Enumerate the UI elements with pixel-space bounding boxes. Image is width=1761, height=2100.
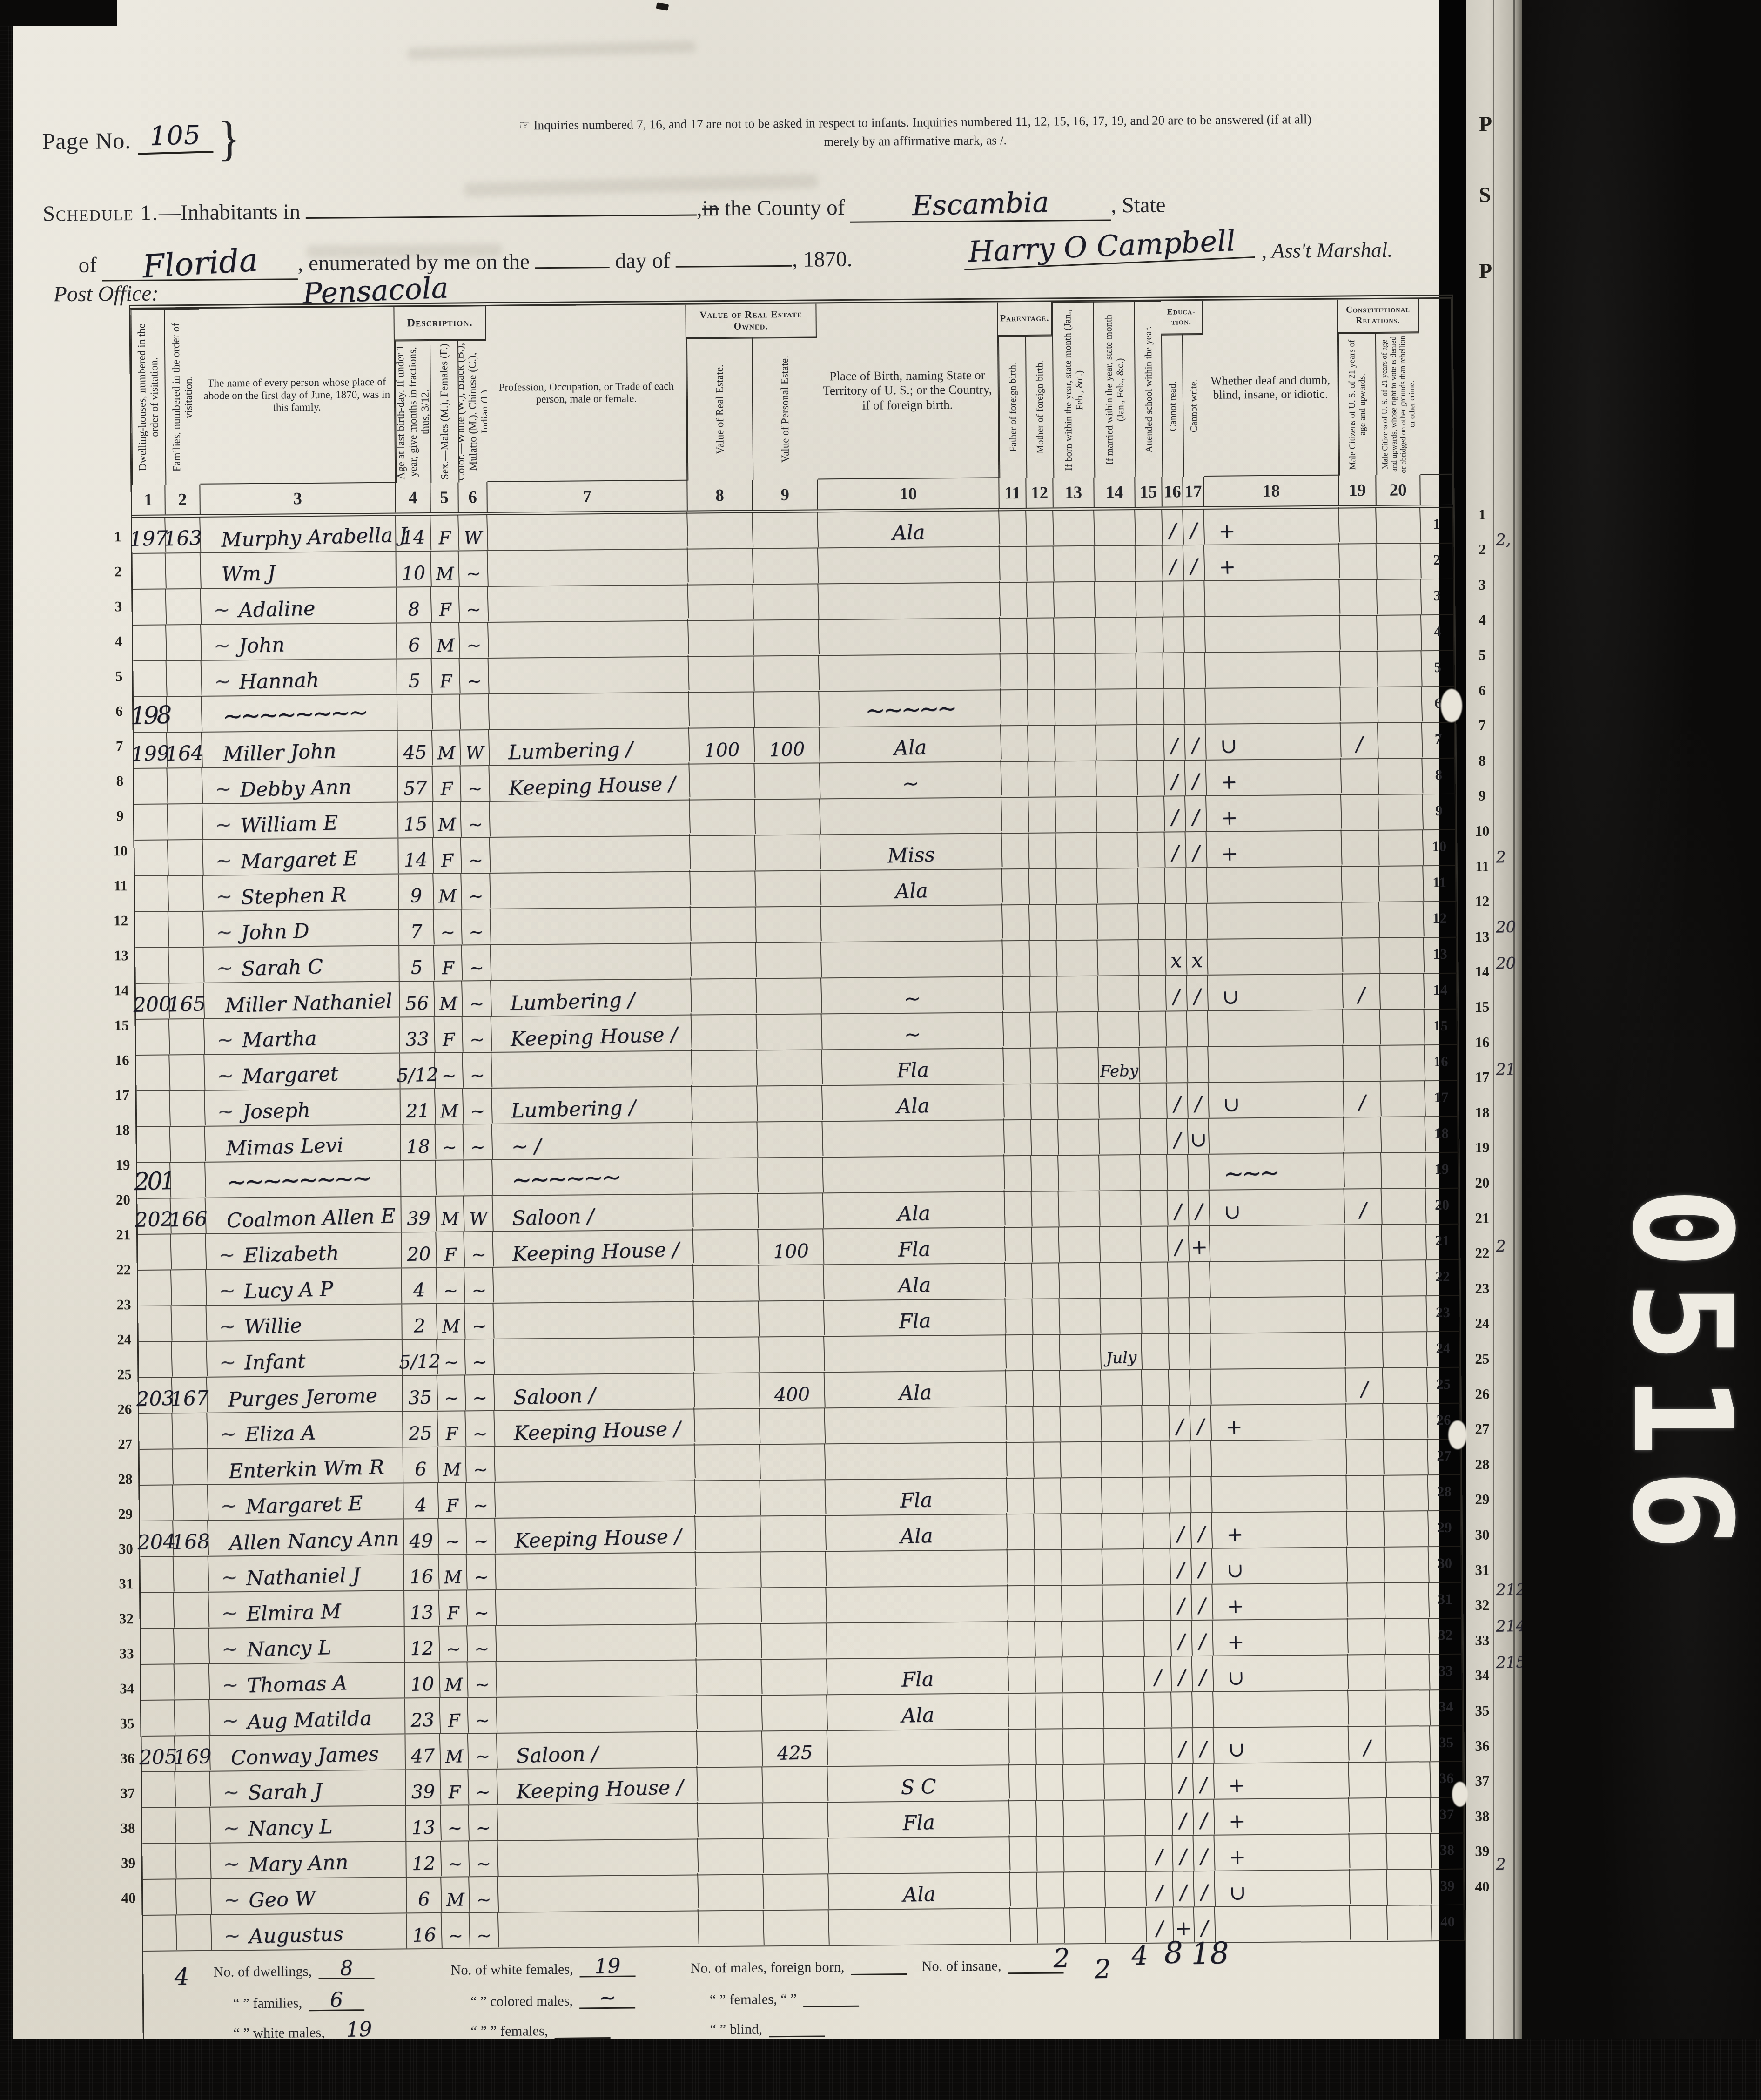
cell-born-month bbox=[1060, 1406, 1102, 1442]
cell-right-row-number: 5 bbox=[1422, 651, 1455, 687]
cell-vote-denied bbox=[1383, 1367, 1428, 1404]
footer-item-value: 19 bbox=[346, 2020, 372, 2039]
cell-born-month bbox=[1062, 1585, 1103, 1622]
col-header-cannot-read: Cannot read. bbox=[1161, 334, 1183, 477]
sliver-row-number: 2 bbox=[1469, 532, 1496, 567]
cell-birthplace: Ala bbox=[823, 1190, 1006, 1230]
cell-married-month bbox=[1103, 1656, 1145, 1693]
bleedthrough-smudge bbox=[407, 40, 696, 60]
cell-right-row-number: 13 bbox=[1424, 938, 1457, 973]
cell-birthplace bbox=[828, 1835, 1011, 1875]
cell-age: 21 bbox=[400, 1089, 436, 1124]
cell-color: ~ bbox=[463, 1088, 493, 1124]
cell-color: ~ bbox=[467, 1590, 497, 1626]
left-row-number: 2 bbox=[108, 554, 129, 589]
cell-personal-estate-value bbox=[758, 1157, 824, 1194]
cell-cannot-read: ∕ bbox=[1164, 761, 1186, 796]
left-row-number: 4 bbox=[108, 624, 130, 659]
cell-dwelling-number bbox=[140, 1557, 175, 1593]
footer-item-label: “ ” colored males, bbox=[470, 1993, 573, 2010]
cell-right-row-number: 9 bbox=[1423, 794, 1456, 830]
cell-sex: F bbox=[433, 838, 462, 874]
footer-item-label: “ ” families, bbox=[233, 1995, 302, 2012]
cell-mother-foreign bbox=[1032, 1299, 1060, 1335]
ditto-mark: ~ bbox=[218, 1243, 235, 1267]
column-number: 1 bbox=[132, 485, 166, 515]
cell-father-foreign bbox=[1008, 1622, 1036, 1657]
left-row-number: 20 bbox=[112, 1182, 134, 1217]
person-name: Debby Ann bbox=[240, 775, 352, 802]
cell-dwelling-number: 205 bbox=[141, 1736, 176, 1772]
cell-cannot-write: ∕ bbox=[1191, 1584, 1213, 1620]
cell-family-number: 166 bbox=[171, 1198, 207, 1234]
cell-cannot-read: ∕ bbox=[1172, 1836, 1194, 1871]
cell-mother-foreign bbox=[1033, 1371, 1061, 1407]
left-row-number: 14 bbox=[111, 973, 133, 1008]
cell-sex: F bbox=[434, 945, 463, 981]
cell-color: ~ bbox=[469, 1877, 499, 1912]
schedule-mid-struck: in bbox=[702, 196, 719, 221]
cell-born-month bbox=[1064, 1872, 1106, 1908]
schedule-mid-comma: , bbox=[697, 196, 702, 221]
footer-item: “ ” females, “ ” bbox=[710, 1985, 859, 2008]
cell-color: ~ bbox=[465, 1411, 495, 1447]
cell-cannot-read bbox=[1163, 689, 1185, 724]
cell-attended-school bbox=[1143, 1549, 1171, 1585]
cell-color: ~ bbox=[460, 658, 490, 694]
cell-male-citizen bbox=[1346, 1404, 1384, 1440]
cell-mother-foreign bbox=[1036, 1729, 1064, 1765]
person-name: Nancy L bbox=[246, 1636, 331, 1662]
footer-item: “ ” colored males,~ bbox=[470, 1987, 636, 2010]
cell-name: ~ Augustus bbox=[212, 1913, 408, 1950]
cell-birthplace bbox=[826, 1548, 1008, 1588]
left-row-number: 1 bbox=[107, 519, 129, 554]
cell-right-row-number: 2 bbox=[1421, 544, 1454, 579]
cell-deaf-dumb bbox=[1205, 615, 1341, 653]
cell-real-estate-value bbox=[694, 1373, 760, 1409]
cell-born-month bbox=[1060, 1334, 1102, 1371]
sliver-row-number: 9 bbox=[1469, 779, 1496, 814]
cell-mother-foreign bbox=[1037, 1872, 1065, 1908]
person-name: Mimas Levi bbox=[226, 1134, 343, 1160]
left-row-number: 21 bbox=[113, 1217, 134, 1252]
cell-vote-denied bbox=[1386, 1762, 1431, 1798]
cell-father-foreign bbox=[1004, 1084, 1032, 1120]
person-name: Adaline bbox=[238, 597, 316, 622]
cell-vote-denied bbox=[1382, 1296, 1427, 1332]
person-name: Allen Nancy Ann bbox=[229, 1527, 399, 1555]
cell-birthplace: Fla bbox=[824, 1298, 1006, 1338]
ditto-mark: ~ bbox=[215, 813, 232, 837]
cell-birthplace: Miss bbox=[820, 832, 1003, 872]
col-header-deaf-dumb: Whether deaf and dumb, blind, insane, or… bbox=[1203, 300, 1339, 477]
cell-married-month bbox=[1099, 1155, 1141, 1191]
footer-item-value: 6 bbox=[330, 1991, 343, 2010]
cell-dwelling-number bbox=[141, 1629, 175, 1664]
left-row-number: 30 bbox=[115, 1531, 137, 1566]
sliver-row-number: 3 bbox=[1469, 567, 1496, 602]
cell-cannot-write: ∕ bbox=[1185, 760, 1207, 795]
cell-attended-school bbox=[1143, 1477, 1170, 1513]
left-row-number: 15 bbox=[111, 1008, 133, 1043]
sliver-row-number: 14 bbox=[1469, 955, 1496, 989]
person-name: Purges Jerome bbox=[228, 1384, 378, 1412]
cell-occupation bbox=[494, 1300, 695, 1340]
cell-age: 33 bbox=[400, 1017, 436, 1053]
cell-born-month bbox=[1059, 1191, 1101, 1227]
cell-father-foreign bbox=[1006, 1335, 1034, 1371]
cell-birthplace: Ala bbox=[828, 1871, 1011, 1911]
cell-cannot-read: ∕ bbox=[1170, 1549, 1192, 1584]
binder-knot bbox=[1452, 1782, 1468, 1807]
cell-right-row-number: 4 bbox=[1422, 615, 1455, 651]
column-number: 18 bbox=[1204, 476, 1339, 506]
cell-name: ~~~~~~~~ bbox=[206, 1161, 402, 1198]
column-number: 16 bbox=[1162, 477, 1183, 506]
cell-birthplace bbox=[825, 1441, 1008, 1481]
cell-occupation: Lumbering ∕ bbox=[491, 977, 692, 1018]
cell-real-estate-value bbox=[692, 1086, 758, 1123]
sliver-handwriting-fragment: 214 bbox=[1496, 1616, 1522, 1636]
cell-married-month bbox=[1096, 689, 1137, 725]
cell-cannot-read: ∕ bbox=[1171, 1656, 1193, 1692]
cell-age: 45 bbox=[397, 730, 433, 766]
cell-right-row-number: 32 bbox=[1430, 1619, 1463, 1654]
cell-personal-estate-value bbox=[756, 942, 822, 979]
cell-family-number bbox=[174, 1556, 209, 1592]
cell-family-number bbox=[168, 804, 203, 840]
cell-mother-foreign bbox=[1029, 941, 1057, 976]
person-name: Miller John bbox=[222, 740, 336, 766]
cell-cannot-write: ∪ bbox=[1188, 1118, 1210, 1154]
cell-vote-denied bbox=[1382, 1188, 1427, 1225]
cell-vote-denied bbox=[1377, 615, 1422, 651]
cell-male-citizen bbox=[1350, 1905, 1388, 1941]
cell-cannot-read: ∕ bbox=[1172, 1764, 1194, 1799]
sliver-row-number: 19 bbox=[1469, 1131, 1496, 1165]
cell-birthplace: Ala bbox=[824, 1262, 1006, 1302]
cell-color: ~ bbox=[463, 1052, 492, 1088]
sliver-row-number: 26 bbox=[1469, 1377, 1496, 1412]
cell-male-citizen bbox=[1342, 830, 1380, 866]
cell-married-month bbox=[1105, 1871, 1147, 1908]
cell-family-number bbox=[168, 911, 204, 947]
cell-dwelling-number bbox=[136, 1127, 171, 1163]
cell-name: ~ William E bbox=[203, 803, 399, 839]
cell-family-number bbox=[176, 1915, 212, 1951]
cell-born-month bbox=[1062, 1657, 1104, 1693]
person-name: Thomas A bbox=[247, 1671, 348, 1697]
cell-occupation bbox=[493, 1264, 694, 1305]
sliver-cut-letter: P bbox=[1479, 112, 1492, 136]
cell-birthplace bbox=[818, 545, 1001, 585]
sliver-row-number: 13 bbox=[1469, 919, 1496, 954]
cell-name: ~ Mary Ann bbox=[211, 1842, 407, 1878]
cell-father-foreign bbox=[1001, 726, 1029, 761]
person-name: Margaret E bbox=[245, 1492, 363, 1519]
cell-name: ~ Eliza A bbox=[208, 1412, 403, 1448]
ditto-mark: ~ bbox=[223, 1888, 241, 1912]
cell-deaf-dumb: ∪ bbox=[1215, 1869, 1351, 1908]
schedule-mid-rest: the County of bbox=[719, 195, 845, 221]
person-name: Joseph bbox=[242, 1099, 310, 1124]
col-header-married-month: If married within the year, state month … bbox=[1093, 301, 1135, 478]
cell-sex: F bbox=[438, 1483, 467, 1519]
cell-born-month bbox=[1053, 510, 1095, 546]
cell-color: W bbox=[464, 1196, 494, 1232]
cell-vote-denied bbox=[1378, 758, 1423, 794]
cell-male-citizen bbox=[1339, 544, 1378, 579]
cell-male-citizen bbox=[1346, 1475, 1385, 1511]
cell-real-estate-value bbox=[695, 1444, 761, 1481]
cell-birthplace: Ala bbox=[827, 1692, 1009, 1732]
footer-item-value: 8 bbox=[340, 1959, 353, 1978]
ditto-mark: ~ bbox=[222, 1817, 240, 1840]
cell-age: 10 bbox=[404, 1662, 440, 1698]
cell-attended-school bbox=[1143, 1585, 1171, 1621]
cell-occupation: Lumbering ∕ bbox=[492, 1085, 693, 1125]
cell-dwelling-number bbox=[139, 1413, 173, 1449]
cell-occupation bbox=[497, 1802, 699, 1842]
left-row-number: 22 bbox=[113, 1252, 134, 1287]
column-number: 3 bbox=[200, 483, 396, 514]
cell-married-month bbox=[1102, 1585, 1144, 1621]
cell-dwelling-number bbox=[141, 1700, 175, 1736]
person-name: Nathaniel J bbox=[246, 1564, 361, 1590]
column-number: 12 bbox=[1026, 478, 1054, 507]
cell-right-row-number: 1 bbox=[1421, 508, 1454, 543]
cell-cannot-write bbox=[1192, 1692, 1214, 1727]
cell-color: ~ bbox=[465, 1339, 495, 1375]
cell-attended-school bbox=[1137, 796, 1165, 832]
cell-birthplace bbox=[820, 796, 1002, 836]
cell-vote-denied bbox=[1386, 1797, 1432, 1834]
cell-color: W bbox=[458, 515, 488, 551]
col-header-male-citizens: Male Citizens of U. S. of 21 years of ag… bbox=[1338, 333, 1376, 476]
cell-cannot-write: ∕ bbox=[1187, 975, 1209, 1010]
ditto-mark: ~ bbox=[215, 885, 233, 909]
cell-vote-denied bbox=[1385, 1618, 1430, 1655]
cell-right-row-number: 21 bbox=[1426, 1225, 1459, 1260]
cell-married-month bbox=[1097, 832, 1139, 868]
cell-deaf-dumb bbox=[1204, 579, 1340, 618]
cell-birthplace: Fla bbox=[823, 1226, 1006, 1266]
cell-age: 23 bbox=[405, 1698, 441, 1734]
ditto-mark: ~ bbox=[217, 1064, 234, 1088]
cell-deaf-dumb bbox=[1211, 1475, 1347, 1514]
cell-vote-denied bbox=[1379, 937, 1425, 974]
column-number: 7 bbox=[487, 481, 687, 512]
cell-age: 57 bbox=[397, 766, 433, 802]
cell-occupation bbox=[496, 1622, 697, 1663]
cell-dwelling-number bbox=[142, 1808, 176, 1844]
sliver-handwriting-fragment: 212 bbox=[1496, 1580, 1522, 1599]
column-number: 13 bbox=[1053, 478, 1094, 508]
cell-attended-school bbox=[1144, 1621, 1172, 1656]
cell-right-row-number: 15 bbox=[1425, 1010, 1458, 1045]
cell-age: 47 bbox=[405, 1734, 441, 1770]
cell-attended-school bbox=[1140, 1083, 1168, 1119]
footer-item-value-blank bbox=[851, 1953, 907, 1975]
sliver-row-number: 10 bbox=[1469, 814, 1496, 848]
cell-right-row-number: 8 bbox=[1423, 759, 1456, 794]
cell-personal-estate-value bbox=[760, 1444, 826, 1481]
cell-personal-estate-value bbox=[761, 1623, 827, 1660]
cell-male-citizen bbox=[1344, 1117, 1382, 1153]
cell-attended-school bbox=[1137, 761, 1165, 796]
left-row-number: 18 bbox=[112, 1112, 134, 1147]
cell-married-month bbox=[1095, 617, 1137, 653]
cell-occupation: Saloon ∕ bbox=[497, 1730, 698, 1770]
cell-deaf-dumb bbox=[1207, 902, 1343, 940]
cell-dwelling-number bbox=[134, 804, 168, 840]
cell-attended-school bbox=[1141, 1298, 1169, 1334]
cell-personal-estate-value bbox=[762, 1695, 828, 1731]
cell-cannot-read bbox=[1170, 1477, 1191, 1513]
page-number-block: Page No. 105 } bbox=[42, 114, 242, 155]
cell-real-estate-value bbox=[696, 1659, 762, 1696]
cell-vote-denied bbox=[1387, 1905, 1432, 1941]
sliver-row-number: 40 bbox=[1469, 1869, 1496, 1904]
cell-birthplace: Ala bbox=[825, 1369, 1007, 1409]
cell-sex: ~ bbox=[439, 1626, 468, 1662]
county-blank: Escambia bbox=[850, 187, 1111, 222]
ditto-mark: ~ bbox=[221, 1602, 238, 1625]
left-row-number: 29 bbox=[114, 1496, 136, 1531]
cell-family-number bbox=[169, 1055, 205, 1090]
cell-cannot-read bbox=[1165, 868, 1187, 903]
column-number: 4 bbox=[396, 483, 431, 513]
cell-cannot-write: ∕ bbox=[1186, 832, 1208, 867]
cell-born-month bbox=[1056, 940, 1098, 976]
ditto-mark: ~ bbox=[220, 1494, 237, 1518]
cell-attended-school bbox=[1142, 1406, 1170, 1441]
microfilm-frame-number: 0516 bbox=[1612, 1128, 1752, 1622]
cell-male-citizen bbox=[1348, 1655, 1386, 1690]
cell-real-estate-value bbox=[693, 1193, 759, 1230]
cell-attended-school: ∕ bbox=[1145, 1836, 1173, 1871]
schedule-line: Schedule 1.—Inhabitants in ,in the Count… bbox=[42, 187, 1165, 229]
cell-personal-estate-value bbox=[761, 1551, 827, 1588]
cell-vote-denied bbox=[1378, 687, 1423, 723]
column-number: 20 bbox=[1376, 475, 1420, 505]
cell-dwelling-number bbox=[136, 1091, 171, 1127]
cell-right-row-number: 39 bbox=[1432, 1870, 1465, 1905]
cell-male-citizen bbox=[1340, 651, 1378, 687]
cell-name: ~ Lucy A P bbox=[207, 1269, 403, 1305]
sliver-row-number: 22 bbox=[1469, 1236, 1496, 1271]
person-name: Nancy L bbox=[248, 1815, 333, 1841]
cell-sex: ~ bbox=[435, 1053, 464, 1089]
cell-cannot-read: ∕ bbox=[1162, 510, 1184, 545]
cell-cannot-read bbox=[1163, 617, 1185, 653]
cell-cannot-read: ∕ bbox=[1172, 1800, 1194, 1835]
cell-personal-estate-value bbox=[755, 835, 821, 871]
cell-deaf-dumb: + bbox=[1214, 1797, 1350, 1836]
cell-sex: M bbox=[439, 1555, 468, 1590]
cell-age: 10 bbox=[396, 551, 432, 587]
cell-father-foreign bbox=[1006, 1371, 1034, 1407]
cell-personal-estate-value bbox=[755, 799, 821, 835]
cell-family-number bbox=[170, 1090, 206, 1126]
cell-occupation: Keeping House ∕ bbox=[493, 1228, 694, 1269]
cell-mother-foreign bbox=[1035, 1550, 1062, 1586]
cell-real-estate-value bbox=[689, 656, 755, 693]
cell-cannot-write bbox=[1189, 1298, 1211, 1333]
footer-item: “ ” ” females, bbox=[470, 2017, 610, 2039]
cell-personal-estate-value bbox=[759, 1336, 825, 1373]
cell-cannot-read: ∕ bbox=[1170, 1513, 1192, 1548]
month-blank bbox=[676, 261, 792, 268]
cell-name: Mimas Levi bbox=[205, 1125, 401, 1162]
cell-name: ~ Elmira M bbox=[209, 1591, 405, 1627]
cell-married-month bbox=[1094, 510, 1136, 546]
left-row-number: 16 bbox=[111, 1043, 133, 1077]
ditto-mark: ~ bbox=[222, 1781, 240, 1804]
cell-attended-school bbox=[1145, 1764, 1173, 1800]
cell-real-estate-value bbox=[697, 1731, 763, 1768]
cell-vote-denied bbox=[1379, 866, 1424, 902]
cell-name: ~ Hannah bbox=[202, 660, 397, 696]
cell-right-row-number: 34 bbox=[1430, 1690, 1463, 1726]
cell-real-estate-value bbox=[697, 1767, 763, 1804]
cell-right-row-number: 22 bbox=[1427, 1260, 1460, 1296]
cell-cannot-read: ∕ bbox=[1170, 1585, 1192, 1620]
cell-age: 5 bbox=[399, 945, 435, 981]
cell-occupation: ~ ∕ bbox=[492, 1121, 693, 1161]
cell-sex: ~ bbox=[434, 909, 463, 945]
cell-real-estate-value bbox=[691, 907, 757, 943]
cell-right-row-number: 38 bbox=[1431, 1834, 1464, 1869]
ditto-mark: ~ bbox=[214, 670, 231, 693]
cell-family-number bbox=[175, 1771, 211, 1807]
sliver-row-number: 31 bbox=[1469, 1553, 1496, 1588]
footer-item: No. of males, foreign born, bbox=[690, 1953, 907, 1977]
cell-right-row-number: 35 bbox=[1430, 1726, 1463, 1762]
cell-personal-estate-value bbox=[763, 1874, 829, 1911]
cell-personal-estate-value bbox=[753, 584, 819, 620]
cell-deaf-dumb: + bbox=[1206, 758, 1342, 797]
sliver-row-number: 1 bbox=[1469, 497, 1496, 532]
cell-cannot-read: ∕ bbox=[1167, 1119, 1189, 1154]
column-number: 5 bbox=[430, 482, 459, 512]
cell-vote-denied bbox=[1377, 579, 1422, 615]
person-name: Sarah C bbox=[241, 955, 323, 981]
left-row-number: 3 bbox=[108, 589, 129, 624]
cell-born-month bbox=[1063, 1729, 1105, 1765]
cell-born-month bbox=[1056, 904, 1098, 941]
ditto-mark: ~ bbox=[220, 1422, 237, 1446]
cell-personal-estate-value bbox=[759, 1300, 825, 1337]
cell-married-month bbox=[1095, 581, 1136, 618]
cell-name: Miller John bbox=[202, 731, 398, 767]
cell-cannot-write bbox=[1183, 581, 1205, 616]
cell-occupation: Keeping House ∕ bbox=[491, 1013, 692, 1054]
person-name: Elizabeth bbox=[243, 1241, 339, 1267]
cell-real-estate-value bbox=[692, 1122, 758, 1158]
film-band-bottom bbox=[0, 2039, 1761, 2100]
cell-father-foreign bbox=[1005, 1191, 1033, 1227]
cell-real-estate-value bbox=[692, 1158, 759, 1194]
cell-occupation bbox=[495, 1479, 696, 1520]
col-header-age: Age at last birth-day. If under 1 year, … bbox=[395, 340, 430, 483]
sliver-row-number: 15 bbox=[1469, 989, 1496, 1024]
cell-mother-foreign bbox=[1029, 905, 1057, 941]
col-header-color: Color.—White (W.), Black (B.), Mulatto (… bbox=[457, 340, 487, 482]
cell-family-number bbox=[166, 553, 202, 589]
cell-dwelling-number bbox=[143, 1915, 177, 1951]
